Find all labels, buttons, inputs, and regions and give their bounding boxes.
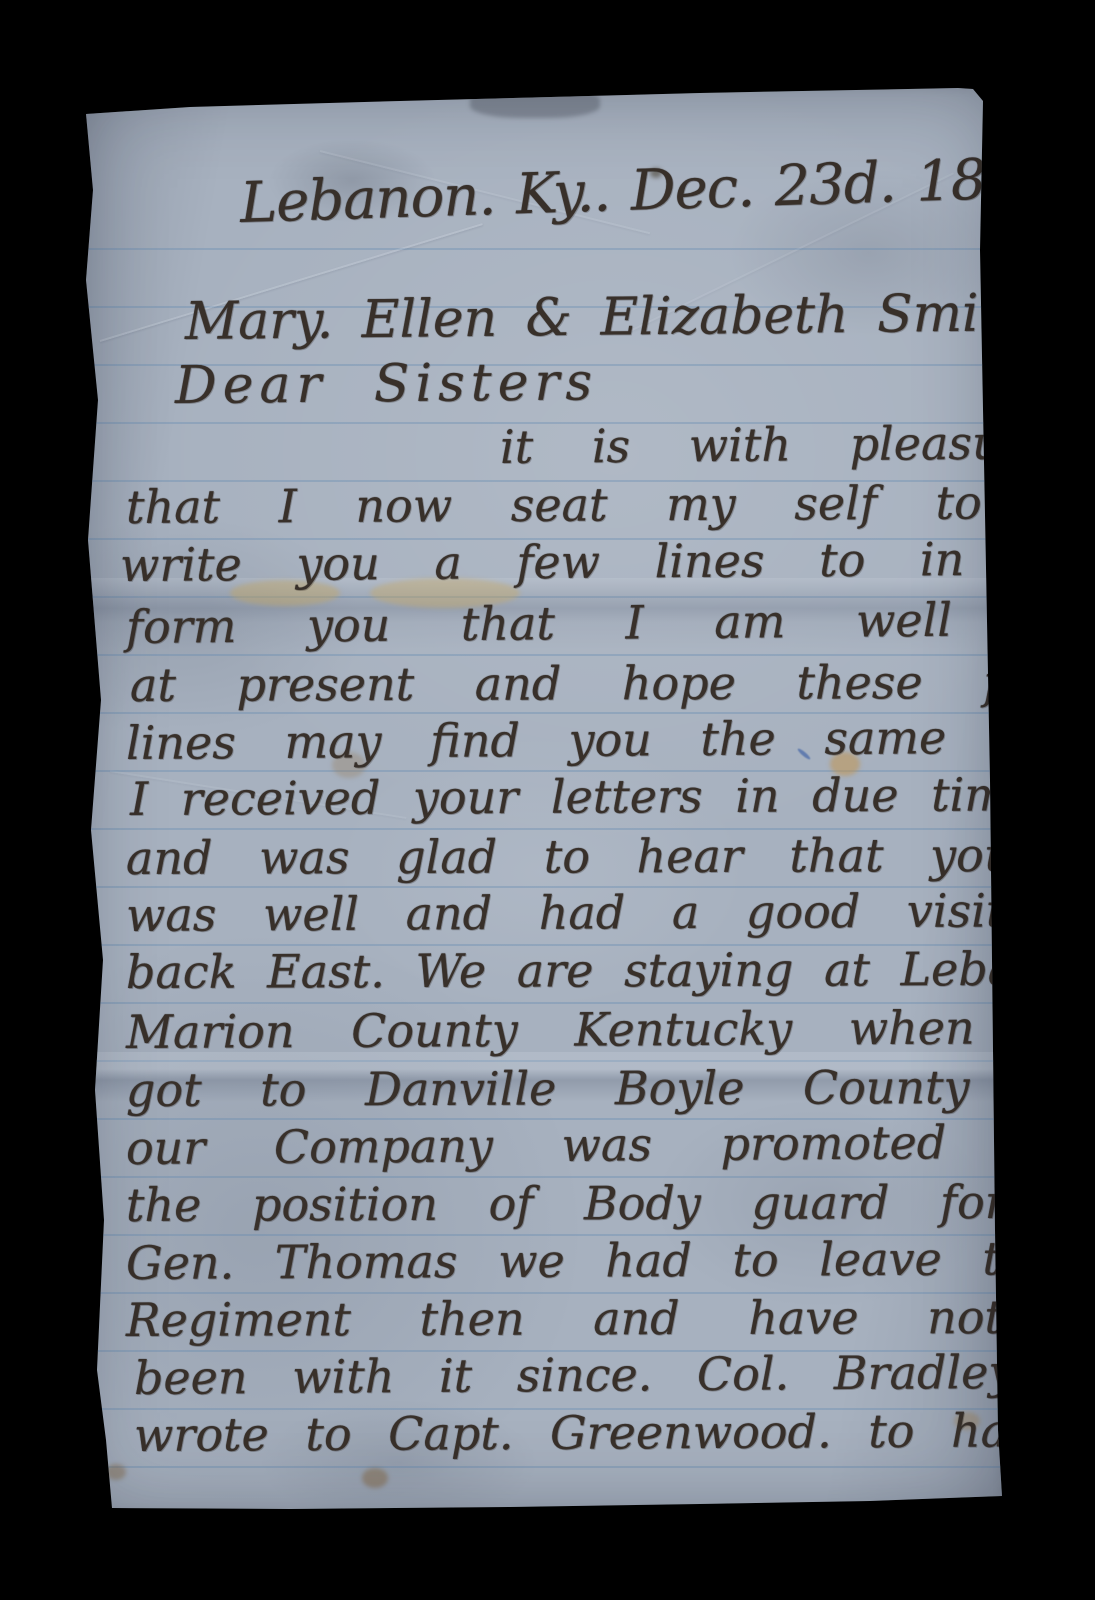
body-line-16: Regiment then and have not [126,1294,1003,1343]
body-line-10: back East. We are staying at Lebanon [126,946,1095,995]
body-line-11: Marion County Kentucky when we [126,1004,1095,1055]
body-line-7: I received your letters in due time [130,771,1035,822]
body-line-12: got to Danville Boyle County [126,1064,970,1113]
body-line-5: at present and hope these few [130,659,1067,708]
body-line-14: the position of Body guard for [126,1179,1007,1228]
stain [362,1468,388,1488]
body-line-4: form you that I am well [126,597,952,650]
photo-backdrop: Lebanon. Ky.. Dec. 23d. 1861 Mary. Ellen… [0,0,1095,1600]
body-line-13: our Company was promoted to [126,1118,1061,1171]
dateline: Lebanon. Ky.. Dec. 23d. 1861 [239,150,1055,232]
letter-paper: Lebanon. Ky.. Dec. 23d. 1861 Mary. Ellen… [70,80,1010,1520]
body-line-9: was well and had a good visit [126,887,1005,938]
body-line-17: been with it since. Col. Bradley [134,1349,1015,1401]
body-line-8: and was glad to hear that you [126,832,1014,881]
body-line-3: write you a few lines to in [120,536,965,588]
salutation-line: Dear Sisters [175,356,598,412]
recipients-line: Mary. Ellen & Elizabeth Smith [185,287,1034,348]
body-line-1: it is with pleasure [500,419,1051,470]
body-line-18: wrote to Capt. Greenwood. to have [134,1407,1062,1458]
body-line-2: that I now seat my self to [126,480,982,530]
smudge-top-edge [470,88,600,118]
body-line-15: Gen. Thomas we had to leave the [126,1235,1058,1286]
body-line-6: lines may find you the same [126,714,947,766]
stain [106,1464,126,1480]
